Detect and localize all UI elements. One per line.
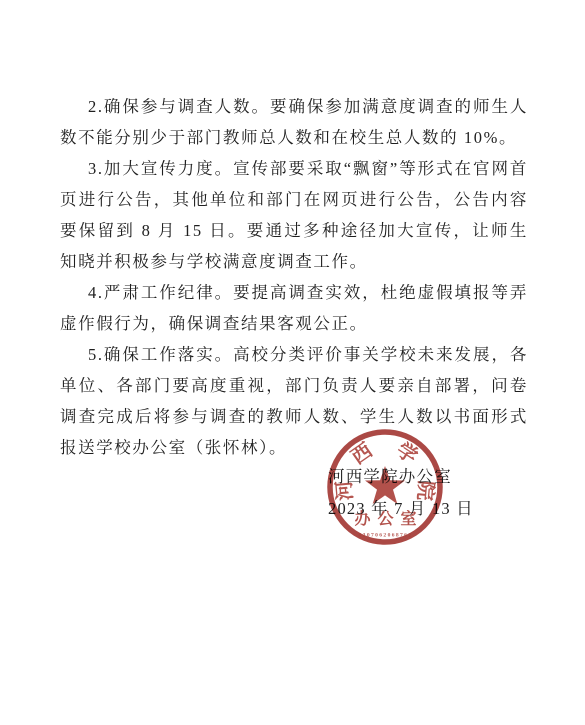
document-page: 2.确保参与调查人数。要确保参加满意度调查的师生人数不能分别少于部门教师总人数和… — [0, 0, 585, 725]
document-body: 2.确保参与调查人数。要确保参加满意度调查的师生人数不能分别少于部门教师总人数和… — [60, 91, 528, 463]
seal-serial: 6207062068762 — [359, 533, 413, 539]
paragraph-2: 2.确保参与调查人数。要确保参加满意度调查的师生人数不能分别少于部门教师总人数和… — [60, 91, 528, 153]
paragraph-4: 4.严肃工作纪律。要提高调查实效，杜绝虚假填报等弄虚作假行为，确保调查结果客观公… — [60, 277, 528, 339]
signature-date: 2023 年 7 月 13 日 — [328, 493, 474, 525]
signature-org: 河西学院办公室 — [328, 461, 474, 493]
signature-block: 河西学院办公室 2023 年 7 月 13 日 — [328, 461, 474, 525]
paragraph-5: 5.确保工作落实。高校分类评价事关学校未来发展，各单位、各部门要高度重视，部门负… — [60, 339, 528, 463]
paragraph-3: 3.加大宣传力度。宣传部要采取“飘窗”等形式在官网首页进行公告，其他单位和部门在… — [60, 153, 528, 277]
